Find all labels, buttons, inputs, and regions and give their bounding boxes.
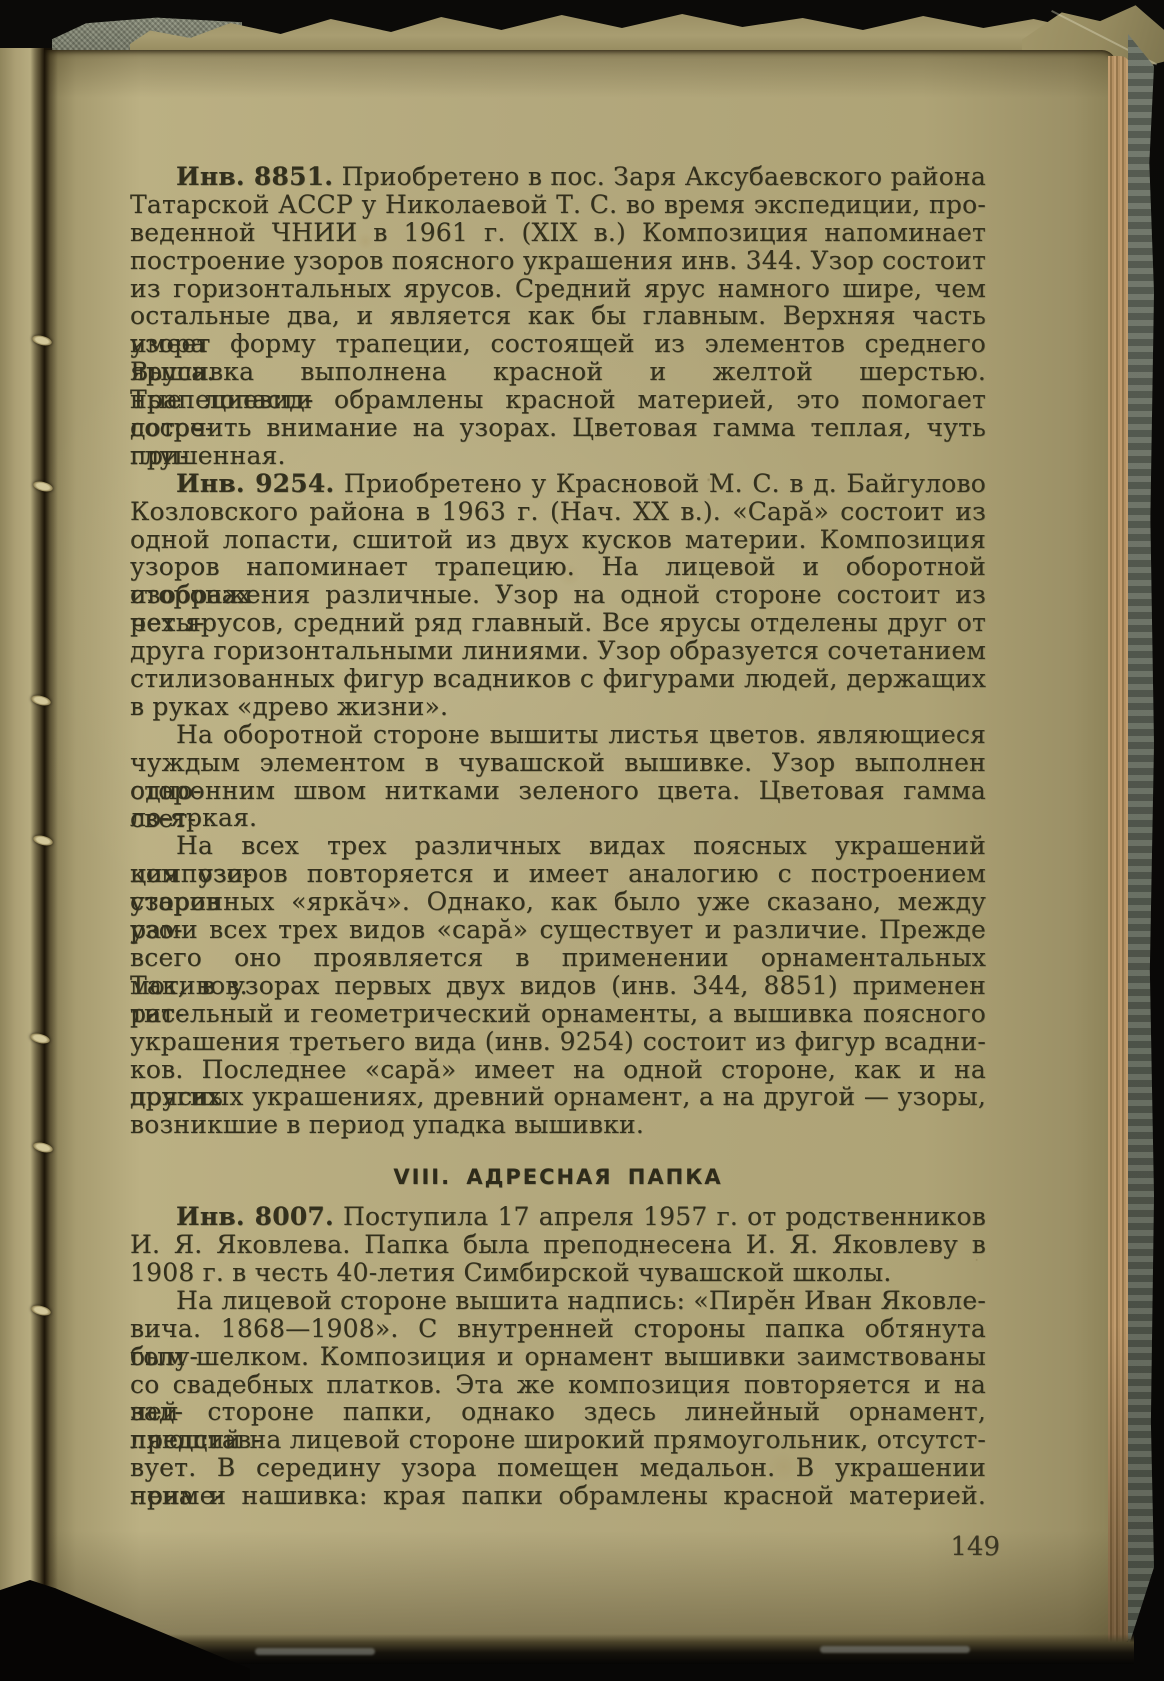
text-block-upper: Инв. 8851. Приобретено в пос. Заря Аксуб…	[130, 163, 986, 1139]
book-block-edge	[1128, 34, 1154, 1648]
text-line: Козловского района в 1963 г. (Нач. XX в.…	[130, 498, 986, 526]
text-line: рех ярусов, средний ряд главный. Все яру…	[130, 609, 986, 637]
text-line: веденной ЧНИИ в 1961 г. (XIX в.) Компози…	[130, 219, 986, 247]
text-line: сторонним швом нитками зеленого цвета. Ц…	[130, 777, 986, 805]
fore-edge-page-stack	[1108, 56, 1130, 1642]
text-line: всего оно проявляется в применении орнам…	[130, 944, 986, 972]
text-line: ляющий на лицевой стороне широкий прямоу…	[130, 1426, 986, 1454]
text-line: поясных украшениях, древний орнамент, а …	[130, 1083, 986, 1111]
text-line: возникшие в период упадка вышивки.	[130, 1111, 986, 1139]
text-line: узоров напоминает трапецию. На лицевой и…	[130, 553, 986, 581]
page-number: 149	[946, 1532, 1000, 1562]
text-line: Татарской АССР у Николаевой Т. С. во вре…	[130, 191, 986, 219]
text-line: со свадебных платков. Эта же композиция …	[130, 1371, 986, 1399]
text-line: И. Я. Яковлева. Папка была преподнесена …	[130, 1231, 986, 1259]
text-line: одной лопасти, сшитой из двух кусков мат…	[130, 526, 986, 554]
text-line: Так, в узорах первых двух видов (инв. 34…	[130, 972, 986, 1000]
paragraph-comparison: На всех трех различных видах поясных укр…	[130, 832, 986, 1139]
edge-highlight-streak	[820, 1646, 970, 1653]
text-line: в руках «древо жизни».	[130, 693, 986, 721]
text-line: Инв. 8007. Поступила 17 апреля 1957 г. о…	[130, 1203, 986, 1231]
text-line: ные лопасти обрамлены красной материей, …	[130, 386, 986, 414]
text-line: На оборотной стороне вышиты листья цвето…	[130, 721, 986, 749]
text-line: ков. Последнее «сарӑ» имеет на одной сто…	[130, 1056, 986, 1084]
text-line: рами всех трех видов «сарӑ» существует и…	[130, 916, 986, 944]
section-heading: VIII. АДРЕСНАЯ ПАПКА	[130, 1162, 986, 1192]
text-line: чуждым элементом в чувашской вышивке. Уз…	[130, 749, 986, 777]
text-line: 1908 г. в честь 40-летия Симбирской чува…	[130, 1259, 986, 1287]
text-line: глушенная.	[130, 442, 986, 470]
text-line: остальные два, и является как бы главным…	[130, 302, 986, 330]
paragraph-inv-8851: Инв. 8851. Приобретено в пос. Заря Аксуб…	[130, 163, 986, 470]
text-line: Инв. 8851. Приобретено в пос. Заря Аксуб…	[130, 163, 986, 191]
text-line: построение узоров поясного украшения инв…	[130, 247, 986, 275]
text-column: Инв. 8851. Приобретено в пос. Заря Аксуб…	[130, 163, 986, 1510]
gutter-crease	[30, 48, 58, 1644]
edge-highlight-streak	[255, 1648, 375, 1655]
text-line: На всех трех различных видах поясных укр…	[130, 832, 986, 860]
text-line: нена и нашивка: края папки обрамлены кра…	[130, 1482, 986, 1510]
text-line: доточить внимание на узорах. Цветовая га…	[130, 414, 986, 442]
paragraph-inv-9254: Инв. 9254. Приобретено у Красновой М. С.…	[130, 470, 986, 721]
text-block-lower: Инв. 8007. Поступила 17 апреля 1957 г. о…	[130, 1203, 986, 1510]
text-line: изображения различные. Узор на одной сто…	[130, 581, 986, 609]
text-line: ло-яркая.	[130, 804, 986, 832]
text-line: Инв. 9254. Приобретено у Красновой М. С.…	[130, 470, 986, 498]
paragraph-reverse-side: На оборотной стороне вышиты листья цвето…	[130, 721, 986, 833]
text-line: бым шелком. Композиция и орнамент вышивк…	[130, 1343, 986, 1371]
text-line: имеет форму трапеции, состоящей из элеме…	[130, 330, 986, 358]
text-line: украшения третьего вида (инв. 9254) сост…	[130, 1028, 986, 1056]
text-line: стилизованных фигур всадников с фигурами…	[130, 665, 986, 693]
paragraph-front-side: На лицевой стороне вышита надпись: «Пирӗ…	[130, 1287, 986, 1510]
book-page-photo: Инв. 8851. Приобретено в пос. Заря Аксуб…	[0, 0, 1164, 1681]
text-line: На лицевой стороне вышита надпись: «Пирӗ…	[130, 1287, 986, 1315]
text-line: Вышивка выполнена красной и желтой шерст…	[130, 358, 986, 386]
text-line: друга горизонтальными линиями. Узор обра…	[130, 637, 986, 665]
text-line: тительный и геометрический орнаменты, а …	[130, 1000, 986, 1028]
text-line: вича. 1868—1908». С внутренней стороны п…	[130, 1315, 986, 1343]
text-line: ция узоров повторяется и имеет аналогию …	[130, 860, 986, 888]
text-line: из горизонтальных ярусов. Средний ярус н…	[130, 275, 986, 303]
text-line: вует. В середину узора помещен медальон.…	[130, 1454, 986, 1482]
text-line: старинных «яркӑч». Однако, как было уже …	[130, 888, 986, 916]
paragraph-inv-8007: Инв. 8007. Поступила 17 апреля 1957 г. о…	[130, 1203, 986, 1287]
text-line: ней стороне папки, однако здесь линейный…	[130, 1398, 986, 1426]
